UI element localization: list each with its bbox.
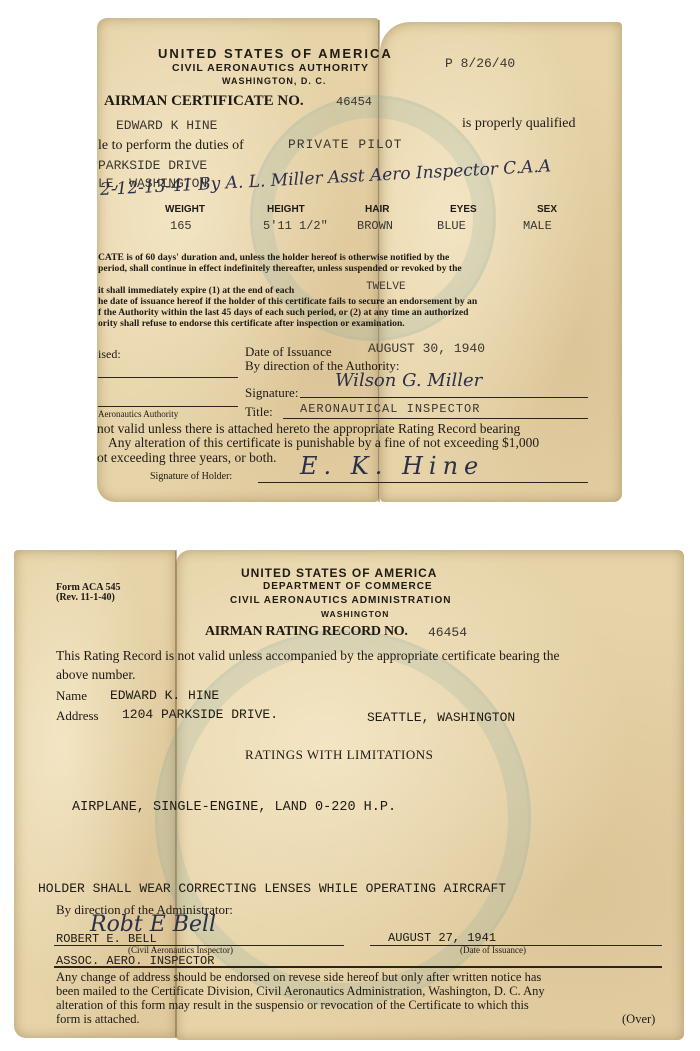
footer-line-2: Any alteration of this certificate is pu… [108, 435, 539, 451]
inspector-signature: Wilson G. Miller [335, 370, 482, 391]
name-value: EDWARD K. HINE [110, 688, 219, 703]
form-revision: (Rev. 11-1-40) [56, 592, 115, 603]
duties-value: PRIVATE PILOT [288, 137, 402, 152]
descriptor-eyes: BLUE [437, 219, 466, 233]
address-street: 1204 PARKSIDE DRIVE. [122, 707, 278, 722]
rating-record-number: 46454 [428, 625, 467, 640]
airman-certificate: UNITED STATES OF AMERICA CIVIL AERONAUTI… [0, 0, 700, 510]
holder-signature: E. K. Hine [300, 452, 484, 480]
descriptor-header-height: HEIGHT [267, 204, 305, 215]
descriptor-header-eyes: EYES [450, 204, 477, 215]
signature-rule [300, 397, 588, 398]
terms-line-1: CATE is of 60 days' duration and, unless… [98, 252, 449, 263]
authority-rule [98, 406, 238, 407]
title-field-label: Title: [245, 404, 273, 420]
holder-signature-label: Signature of Holder: [150, 471, 232, 482]
cert-header-line2: CIVIL AERONAUTICS AUTHORITY [172, 62, 369, 74]
terms-period-value: TWELVE [366, 281, 406, 293]
authority-caption: Aeronautics Authority [98, 409, 178, 419]
rating-record-title: AIRMAN RATING RECORD NO. [205, 624, 408, 640]
cert-header-line3: WASHINGTON, D. C. [222, 76, 326, 86]
terms-line-6: ority shall refuse to endorse this certi… [98, 318, 405, 329]
date-stamp: P 8/26/40 [445, 56, 515, 71]
validity-line-1: This Rating Record is not valid unless a… [56, 648, 559, 664]
cert-header-line1: UNITED STATES OF AMERICA [158, 46, 393, 61]
descriptor-header-hair: HAIR [365, 204, 389, 215]
signature-label: Signature: [245, 385, 298, 401]
airman-rating-record: Form ACA 545 (Rev. 11-1-40) UNITED STATE… [0, 540, 700, 1051]
ratings-heading: RATINGS WITH LIMITATIONS [245, 747, 433, 763]
certificate-number: 46454 [336, 95, 372, 109]
qualified-text: is properly qualified [462, 116, 576, 132]
descriptor-hair: BROWN [357, 219, 393, 233]
terms-line-2: period, shall continue in effect indefin… [98, 263, 462, 274]
record-header-line1: UNITED STATES OF AMERICA [241, 566, 437, 580]
record-header-line3: CIVIL AERONAUTICS ADMINISTRATION [230, 595, 451, 606]
validity-line-2: above number. [56, 667, 135, 683]
terms-line-5: f the Authority within the last 45 days … [98, 307, 469, 318]
descriptor-sex: MALE [523, 219, 552, 233]
inspector-signature: Robt E Bell [90, 912, 216, 937]
notice-line-3: alteration of this form may result in th… [56, 998, 529, 1013]
terms-line-3: it shall immediately expire (1) at the e… [98, 285, 294, 296]
holder-signature-rule [258, 482, 588, 483]
descriptor-height: 5'11 1/2" [263, 219, 328, 233]
descriptor-weight: 165 [170, 219, 192, 233]
over-label: (Over) [622, 1012, 655, 1027]
issuance-caption: (Date of Issuance) [460, 945, 526, 955]
title-rule [283, 418, 588, 419]
notice-line-1: Any change of address should be endorsed… [56, 970, 541, 985]
issued-label: ised: [98, 347, 121, 362]
title-field-value: AERONAUTICAL INSPECTOR [300, 402, 480, 416]
issued-rule [98, 377, 238, 378]
certificate-title: AIRMAN CERTIFICATE NO. [104, 93, 304, 110]
notice-line-2: been mailed to the Certificate Division,… [56, 984, 545, 999]
holder-name: EDWARD K HINE [116, 118, 217, 133]
record-header-line4: WASHINGTON [321, 609, 389, 619]
date-of-issuance-value: AUGUST 30, 1940 [368, 341, 485, 356]
footer-line-3: ot exceeding three years, or both. [97, 450, 277, 466]
limitation-text: HOLDER SHALL WEAR CORRECTING LENSES WHIL… [38, 881, 506, 896]
address-city: SEATTLE, WASHINGTON [367, 710, 515, 725]
notice-line-4: form is attached. [56, 1012, 140, 1027]
address-label: Address [56, 708, 99, 724]
descriptor-header-weight: WEIGHT [165, 204, 205, 215]
address-line1: PARKSIDE DRIVE [98, 158, 207, 173]
descriptor-header-sex: SEX [537, 204, 557, 215]
name-label: Name [56, 688, 87, 704]
duties-label: le to perform the duties of [98, 138, 244, 154]
terms-line-4: he date of issuance hereof if the holder… [98, 296, 477, 307]
rating-value: AIRPLANE, SINGLE-ENGINE, LAND 0-220 H.P. [72, 800, 396, 815]
title-double-rule [54, 966, 662, 968]
issuance-date: AUGUST 27, 1941 [388, 931, 496, 945]
record-header-line2: DEPARTMENT OF COMMERCE [263, 581, 433, 592]
